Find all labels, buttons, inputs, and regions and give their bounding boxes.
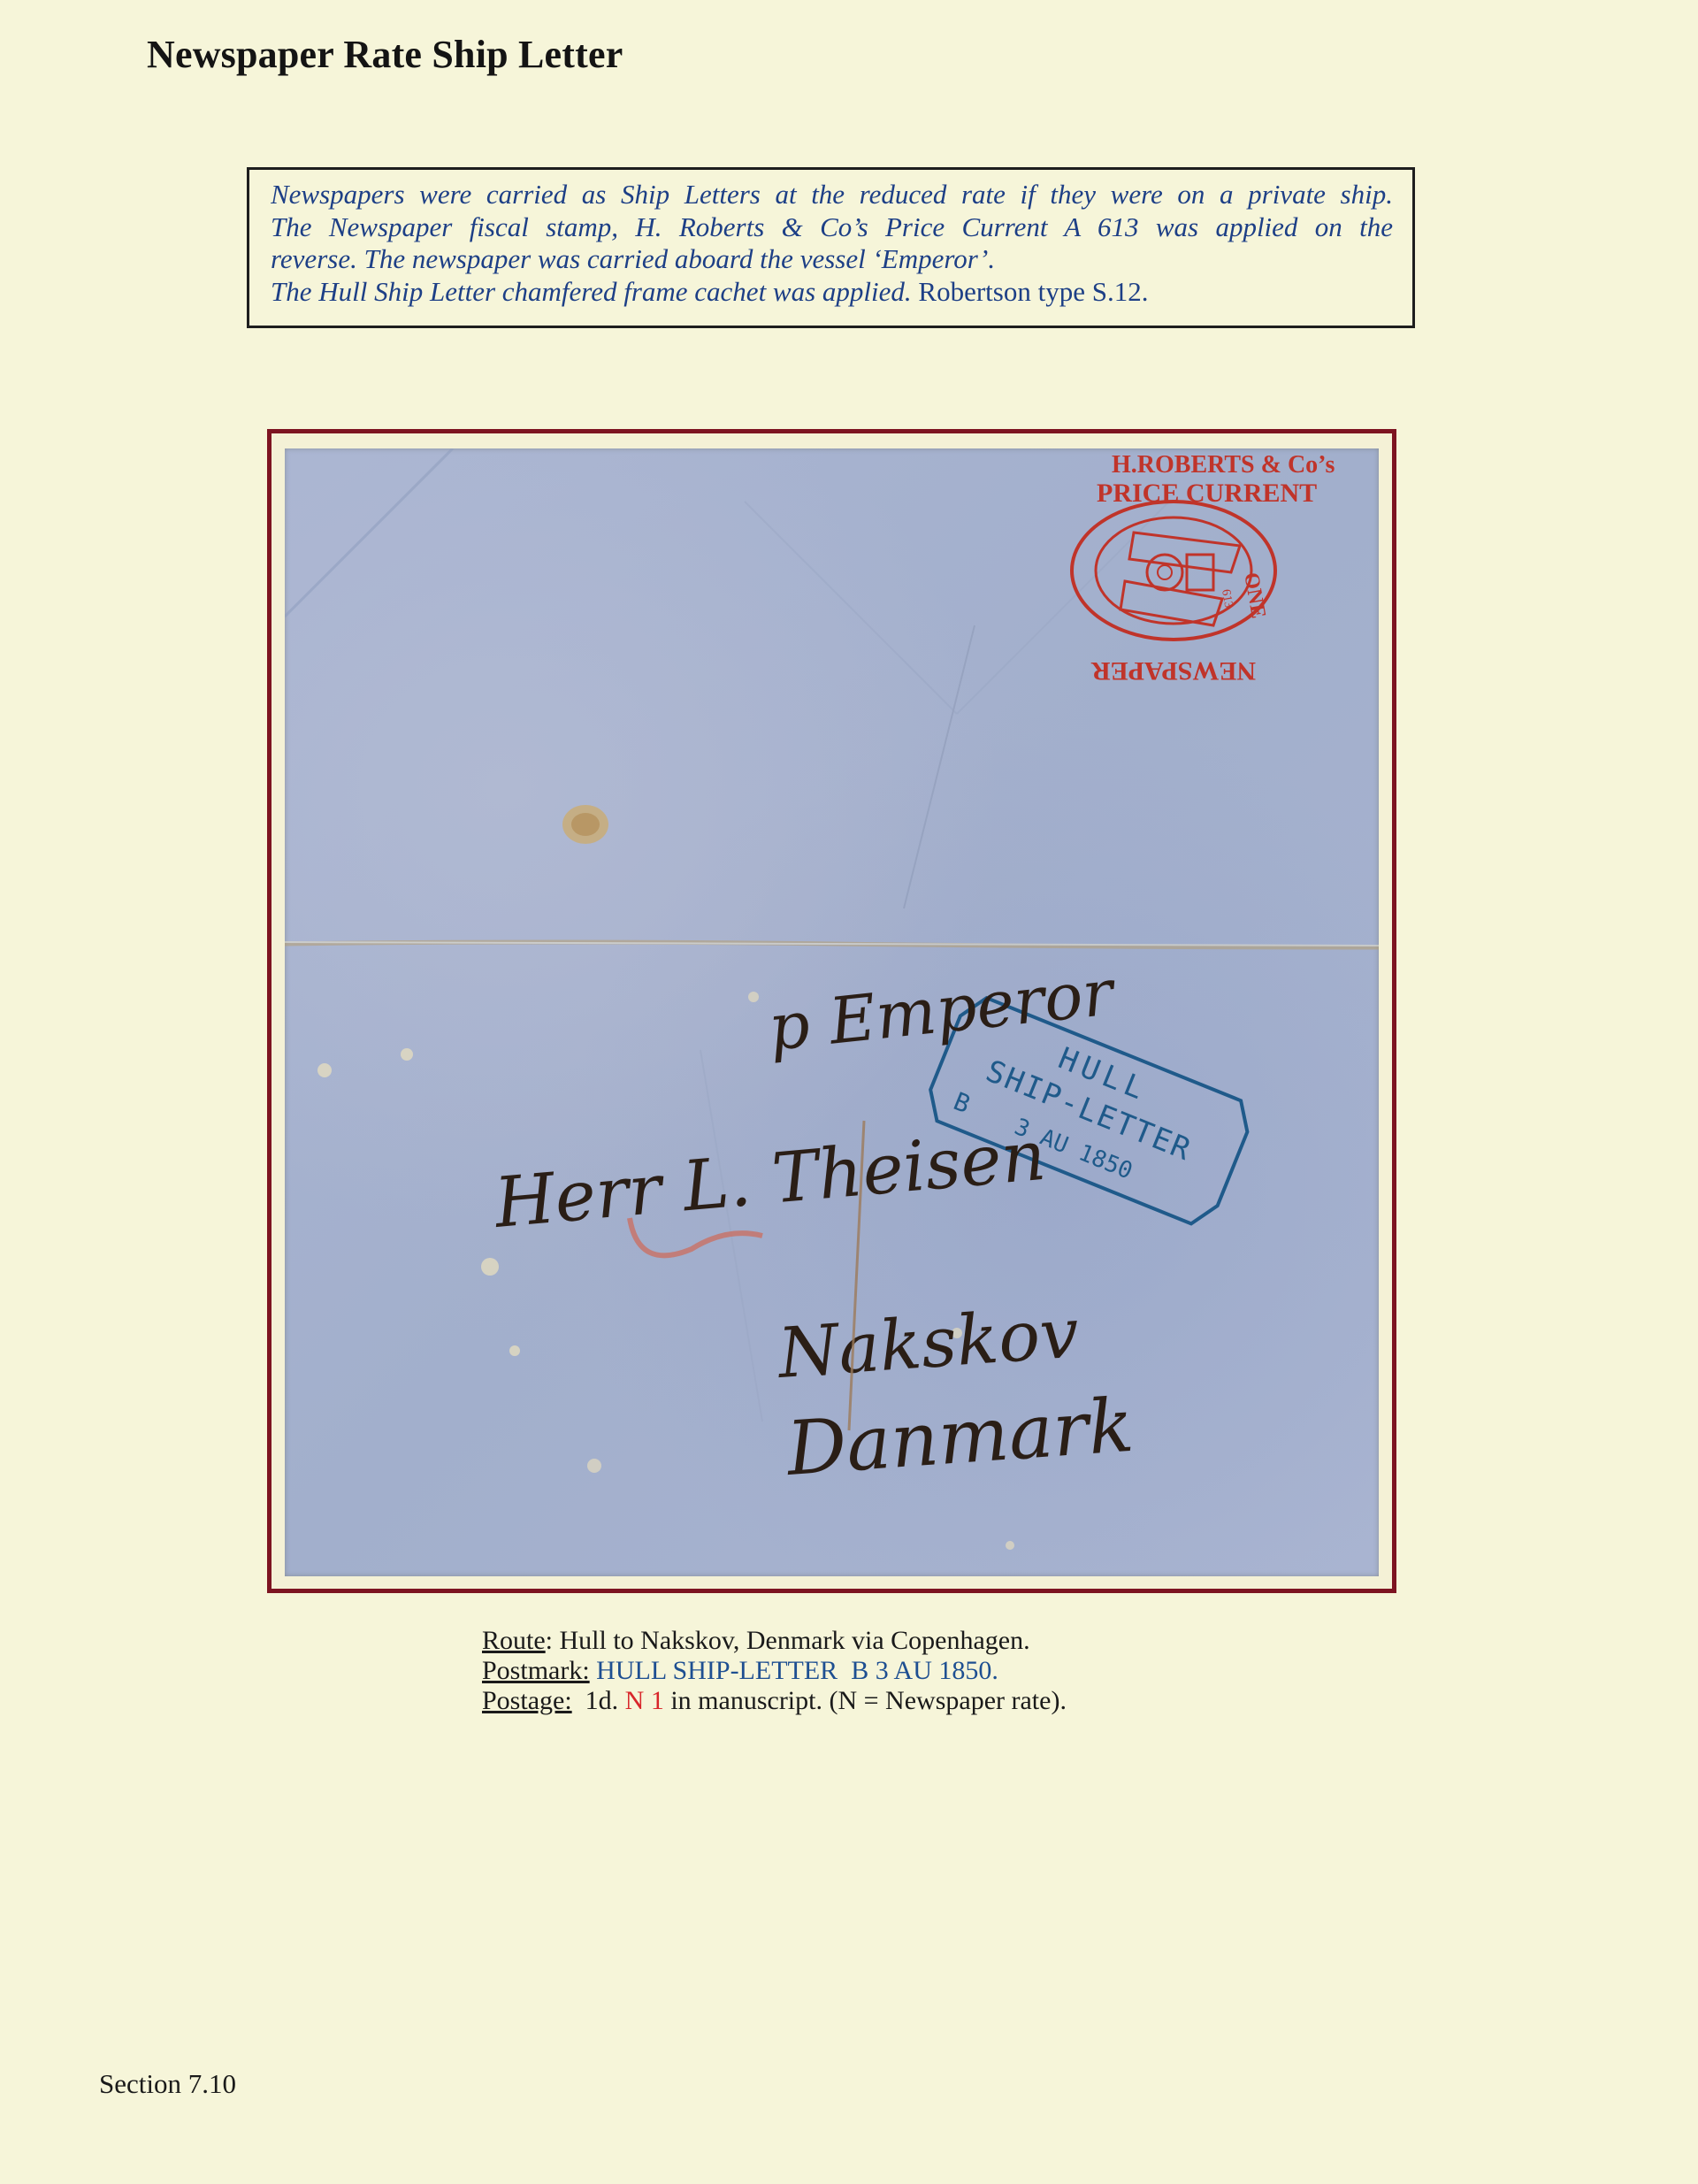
route-text: : Hull to Nakskov, Denmark via Copenhage… <box>546 1626 1030 1655</box>
route-label: Route <box>482 1626 546 1655</box>
svg-text:ONE: ONE <box>1239 571 1270 620</box>
svg-text:Nakskov: Nakskov <box>774 1293 1082 1394</box>
svg-text:B: B <box>950 1086 975 1119</box>
description-line: Newspapers were carried as Ship Letters … <box>271 179 1393 211</box>
svg-text:PRICE CURRENT: PRICE CURRENT <box>1097 479 1317 508</box>
page-title: Newspaper Rate Ship Letter <box>147 32 623 77</box>
description-line: The Newspaper fiscal stamp, H. Roberts &… <box>271 211 1393 244</box>
postmark-text: HULL SHIP-LETTER B 3 AU 1850. <box>590 1656 998 1685</box>
cover-caption: Route: Hull to Nakskov, Denmark via Cope… <box>482 1626 1067 1716</box>
svg-text:H.ROBERTS & Co’s: H.ROBERTS & Co’s <box>1112 451 1335 479</box>
caption-postmark: Postmark: HULL SHIP-LETTER B 3 AU 1850. <box>482 1656 1067 1686</box>
caption-postage: Postage: 1d. N 1 in manuscript. (N = New… <box>482 1686 1067 1716</box>
svg-text:Herr L. Theisen: Herr L. Theisen <box>490 1116 1049 1244</box>
paper-folds <box>285 448 1379 1422</box>
svg-text:Danmark: Danmark <box>783 1382 1136 1492</box>
manuscript-address: p Emperor Herr L. Theisen Nakskov Danmar… <box>490 954 1136 1492</box>
newspaper-fiscal-stamp: H.ROBERTS & Co’s PRICE CURRENT NEWSPAPER… <box>1072 451 1335 686</box>
postmark-label: Postmark: <box>482 1656 590 1685</box>
description-box: Newspapers were carried as Ship Letters … <box>247 167 1415 328</box>
postage-rate-mark: N 1 <box>625 1686 664 1715</box>
svg-text:NEWSPAPER: NEWSPAPER <box>1091 656 1256 686</box>
description-italic: The Hull Ship Letter chamfered frame cac… <box>271 276 912 307</box>
description-line: reverse. The newspaper was carried aboar… <box>271 243 1393 276</box>
postal-cover-image: H.ROBERTS & Co’s PRICE CURRENT NEWSPAPER… <box>285 448 1379 1576</box>
postage-label: Postage: <box>482 1686 572 1715</box>
caption-route: Route: Hull to Nakskov, Denmark via Cope… <box>482 1626 1067 1656</box>
postage-pre: 1d. <box>572 1686 625 1715</box>
description-line: The Hull Ship Letter chamfered frame cac… <box>271 276 1393 309</box>
postage-post: in manuscript. (N = Newspaper rate). <box>664 1686 1067 1715</box>
description-plain: Robertson type S.12. <box>912 276 1149 307</box>
section-number: Section 7.10 <box>99 2068 236 2100</box>
